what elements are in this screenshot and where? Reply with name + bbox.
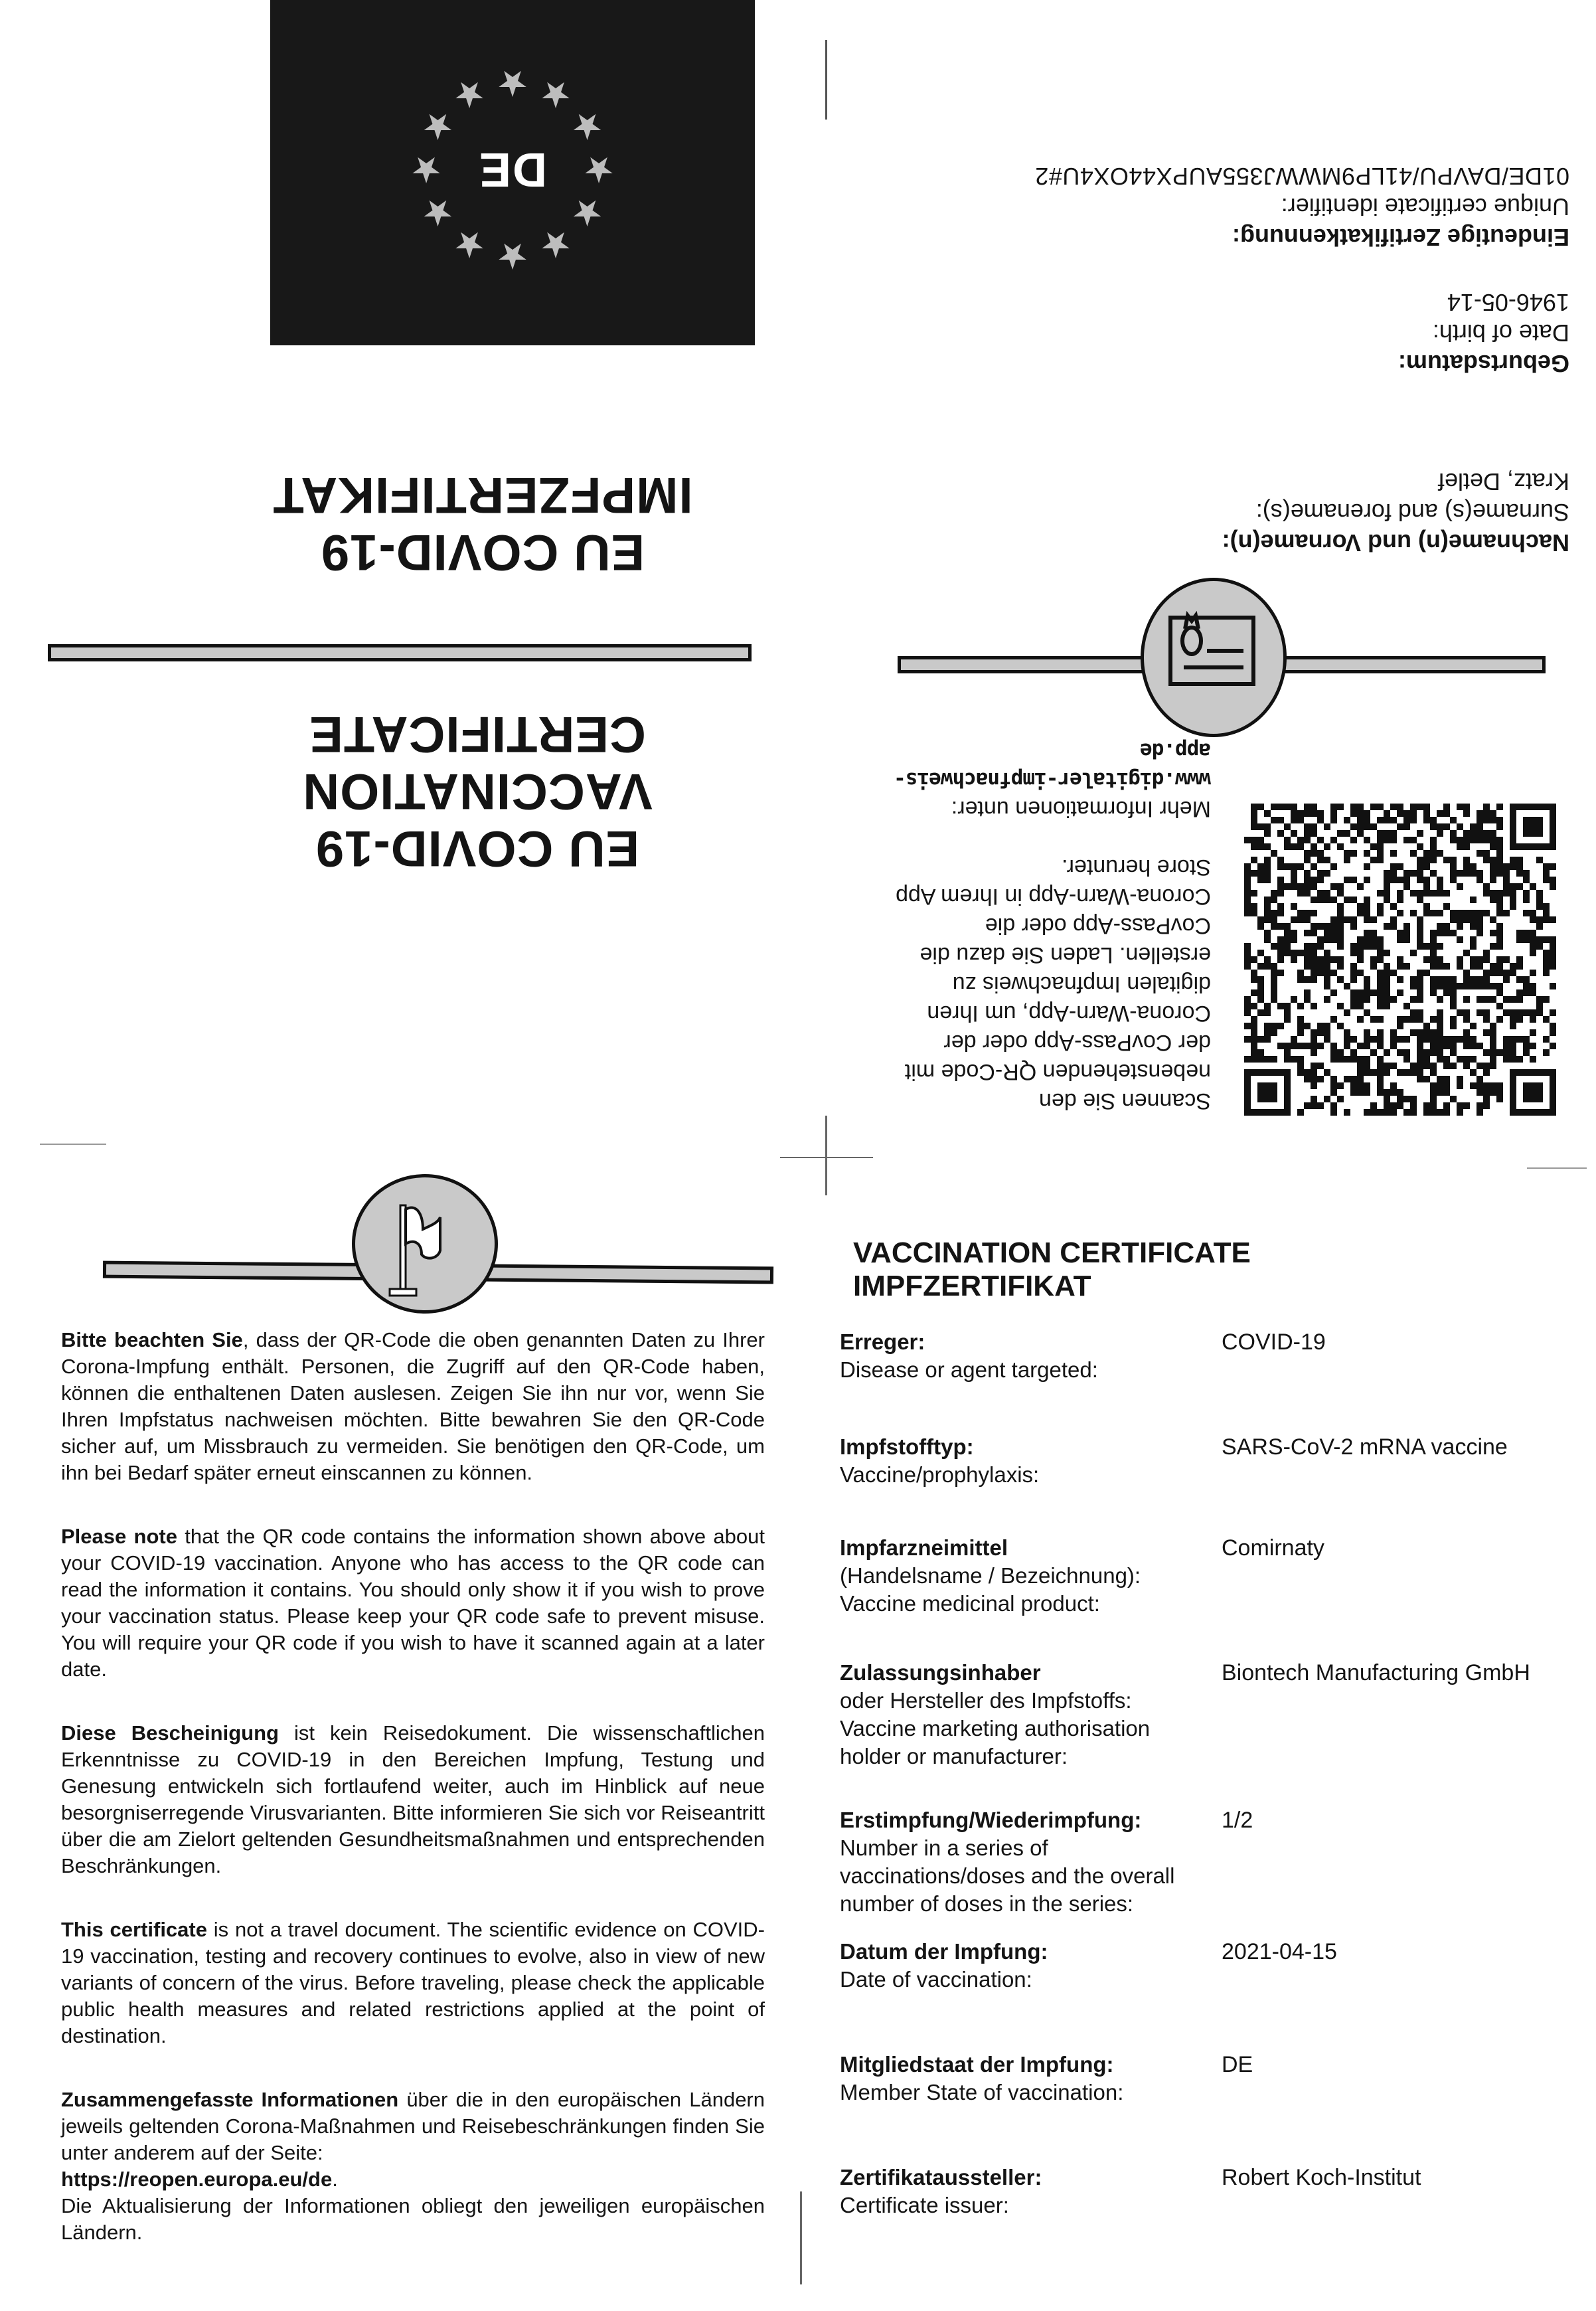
note-lead: Bitte beachten Sie bbox=[61, 1328, 243, 1351]
more-info-label: Mehr Informationen unter: bbox=[866, 794, 1211, 823]
field-label-en: number of doses in the series: bbox=[840, 1890, 1212, 1918]
field-label-de: Mitgliedstaat der Impfung: bbox=[840, 2051, 1212, 2079]
field-label-en: oder Hersteller des Impfstoffs: bbox=[840, 1687, 1212, 1715]
title-de-line1: EU COVID-19 bbox=[250, 523, 715, 580]
field-label-en: Certificate issuer: bbox=[840, 2191, 1212, 2219]
star-icon: ★ bbox=[410, 151, 442, 187]
field-label: Zertifikataussteller:Certificate issuer: bbox=[840, 2164, 1212, 2219]
field-value: 2021-04-15 bbox=[1222, 1938, 1337, 1966]
scan-instruction-line: Scannen Sie den bbox=[866, 1086, 1211, 1116]
field-label-en: Vaccine marketing authorisation bbox=[840, 1715, 1212, 1743]
flag-country-code: DE bbox=[478, 142, 547, 197]
field-value: DE bbox=[1222, 2051, 1253, 2079]
uci-block: Eindeutige Zertifikatkennung: Unique cer… bbox=[872, 161, 1569, 252]
dob-block: Geburtsdatum: Date of birth: 1946-05-14 bbox=[1038, 287, 1569, 379]
eu-flag-icon: DE ★★★★★★★★★★★★ bbox=[270, 0, 755, 345]
field-label: Erreger:Disease or agent targeted: bbox=[840, 1328, 1212, 1384]
certificate-heading: VACCINATION CERTIFICATE IMPFZERTIFIKAT bbox=[853, 1237, 1251, 1303]
name-block: Nachname(n) und Vorname(n): Surname(s) a… bbox=[1038, 466, 1569, 558]
name-label-de: Nachname(n) und Vorname(n): bbox=[1038, 527, 1569, 558]
title-de-line2: IMPFZERTIFIKAT bbox=[250, 466, 715, 523]
field-label-en: holder or manufacturer: bbox=[840, 1743, 1212, 1770]
field-label: Mitgliedstaat der Impfung:Member State o… bbox=[840, 2051, 1212, 2106]
field-label: Datum der Impfung:Date of vaccination: bbox=[840, 1938, 1212, 1994]
note-body: that the QR code contains the informatio… bbox=[61, 1525, 765, 1681]
fold-mark-bottom bbox=[800, 2191, 802, 2284]
field-value: Robert Koch-Institut bbox=[1222, 2164, 1421, 2191]
title-en-line1: EU COVID-19 bbox=[192, 819, 763, 877]
note-body: , dass der QR-Code die oben genannten Da… bbox=[61, 1328, 765, 1484]
field-value: Comirnaty bbox=[1222, 1534, 1324, 1562]
notes-text: Bitte beachten Sie, dass der QR-Code die… bbox=[61, 1327, 765, 2246]
field-label-en: Number in a series of bbox=[840, 1834, 1212, 1862]
field-label-en: Vaccine/prophylaxis: bbox=[840, 1461, 1212, 1489]
field-value: COVID-19 bbox=[1222, 1328, 1326, 1356]
fold-mark-center-h bbox=[780, 1157, 873, 1158]
field-value: 1/2 bbox=[1222, 1806, 1253, 1834]
heading-de: IMPFZERTIFIKAT bbox=[853, 1270, 1251, 1303]
star-icon: ★ bbox=[571, 108, 603, 144]
field-label-de: Impfstofftyp: bbox=[840, 1433, 1212, 1461]
summary-footer: Die Aktualisierung der Informationen obl… bbox=[61, 2194, 765, 2244]
qr-code[interactable] bbox=[1244, 804, 1556, 1116]
star-icon: ★ bbox=[422, 108, 453, 144]
summary-lead: Zusammengefasste Informationen bbox=[61, 2088, 398, 2111]
field-label: Erstimpfung/Wiederimpfung:Number in a se… bbox=[840, 1806, 1212, 1918]
note-paragraph: Bitte beachten Sie, dass der QR-Code die… bbox=[61, 1327, 765, 1486]
note-paragraph: This certificate is not a travel documen… bbox=[61, 1917, 765, 2049]
field-label-de: Impfarzneimittel bbox=[840, 1534, 1212, 1562]
field-value: SARS-CoV-2 mRNA vaccine bbox=[1222, 1433, 1508, 1461]
dob-label-de: Geburtsdatum: bbox=[1038, 348, 1569, 379]
uci-label-en: Unique certificate identifier: bbox=[872, 191, 1569, 222]
dob-label-en: Date of birth: bbox=[1038, 317, 1569, 348]
star-icon: ★ bbox=[453, 76, 485, 112]
field-label-en: Disease or agent targeted: bbox=[840, 1356, 1212, 1384]
folded-back-side: DE ★★★★★★★★★★★★ EU COVID-19 IMPFZERTIFIK… bbox=[0, 0, 1596, 1155]
field-label-de: Zertifikataussteller: bbox=[840, 2164, 1212, 2191]
scan-instruction-line: CovPass-App oder die bbox=[866, 911, 1211, 940]
heading-en: VACCINATION CERTIFICATE bbox=[853, 1237, 1251, 1270]
id-card-glyph bbox=[1144, 581, 1283, 734]
field-label: Impfstofftyp:Vaccine/prophylaxis: bbox=[840, 1433, 1212, 1489]
url-suffix: . bbox=[332, 2168, 338, 2191]
scan-instruction-line: erstellen. Laden Sie dazu die bbox=[866, 940, 1211, 970]
star-icon: ★ bbox=[497, 238, 528, 274]
flag-icon bbox=[352, 1174, 498, 1314]
name-value: Kratz, Detlef bbox=[1038, 466, 1569, 497]
flag-glyph bbox=[355, 1177, 495, 1310]
star-icon: ★ bbox=[583, 151, 615, 187]
field-label-en: Member State of vaccination: bbox=[840, 2079, 1212, 2106]
scan-instruction-line: Corona-Warn-App in Ihrem App bbox=[866, 882, 1211, 911]
note-lead: This certificate bbox=[61, 1918, 207, 1941]
front-divider bbox=[48, 644, 752, 661]
field-label: Impfarzneimittel(Handelsname / Bezeichnu… bbox=[840, 1534, 1212, 1618]
field-label-en: Vaccine medicinal product: bbox=[840, 1590, 1212, 1618]
scan-instruction-line: digitalen Impfnachweis zu bbox=[866, 970, 1211, 999]
field-label-de: Erreger: bbox=[840, 1328, 1212, 1356]
summary-paragraph: Zusammengefasste Informationen über die … bbox=[61, 2087, 765, 2246]
star-icon: ★ bbox=[422, 195, 453, 230]
scan-instruction-line: nebenstehenden QR-Code mit bbox=[866, 1057, 1211, 1086]
star-icon: ★ bbox=[453, 226, 485, 262]
field-label-en: (Handelsname / Bezeichnung): bbox=[840, 1562, 1212, 1590]
star-icon: ★ bbox=[497, 65, 528, 101]
fold-mark-right bbox=[1527, 1167, 1587, 1169]
reopen-eu-link[interactable]: https://reopen.europa.eu/de bbox=[61, 2168, 332, 2191]
note-paragraph: Please note that the QR code contains th… bbox=[61, 1523, 765, 1683]
front-title-en: EU COVID-19 VACCINATION CERTIFICATE bbox=[192, 705, 763, 877]
front-title-de: EU COVID-19 IMPFZERTIFIKAT bbox=[250, 466, 715, 580]
more-info-url[interactable]: www.digitaler-impfnachweis-app.de bbox=[866, 736, 1211, 794]
field-value: Biontech Manufacturing GmbH bbox=[1222, 1659, 1530, 1687]
field-label-de: Datum der Impfung: bbox=[840, 1938, 1212, 1966]
uci-value: 01DE/DAVPU/41LP9MWWJ355AUPX44OX4U#2 bbox=[872, 161, 1569, 191]
star-icon: ★ bbox=[540, 76, 572, 112]
scan-instructions: Scannen Sie dennebenstehenden QR-Code mi… bbox=[866, 736, 1211, 1116]
note-paragraph: Diese Bescheinigung ist kein Reisedokume… bbox=[61, 1720, 765, 1879]
note-body: ist kein Reisedokument. Die wissenschaft… bbox=[61, 1721, 765, 1877]
scan-instruction-line: Corona-Warn-App, um Ihren bbox=[866, 999, 1211, 1028]
star-icon: ★ bbox=[571, 195, 603, 230]
scan-instruction-line: Store herunter. bbox=[866, 853, 1211, 882]
field-label-en: vaccinations/doses and the overall bbox=[840, 1862, 1212, 1890]
note-lead: Diese Bescheinigung bbox=[61, 1721, 279, 1745]
title-en-line2: VACCINATION CERTIFICATE bbox=[192, 705, 763, 819]
name-label-en: Surname(s) and forename(s): bbox=[1038, 497, 1569, 527]
field-label-de: Zulassungsinhaber bbox=[840, 1659, 1212, 1687]
dob-value: 1946-05-14 bbox=[1038, 287, 1569, 317]
id-card-icon bbox=[1141, 578, 1287, 737]
scan-instruction-line: der CovPass-App oder der bbox=[866, 1028, 1211, 1057]
uci-label-de: Eindeutige Zertifikatkennung: bbox=[872, 222, 1569, 252]
star-icon: ★ bbox=[540, 226, 572, 262]
field-label: Zulassungsinhaberoder Hersteller des Imp… bbox=[840, 1659, 1212, 1770]
field-label-de: Erstimpfung/Wiederimpfung: bbox=[840, 1806, 1212, 1834]
field-label-en: Date of vaccination: bbox=[840, 1966, 1212, 1994]
note-lead: Please note bbox=[61, 1525, 177, 1548]
